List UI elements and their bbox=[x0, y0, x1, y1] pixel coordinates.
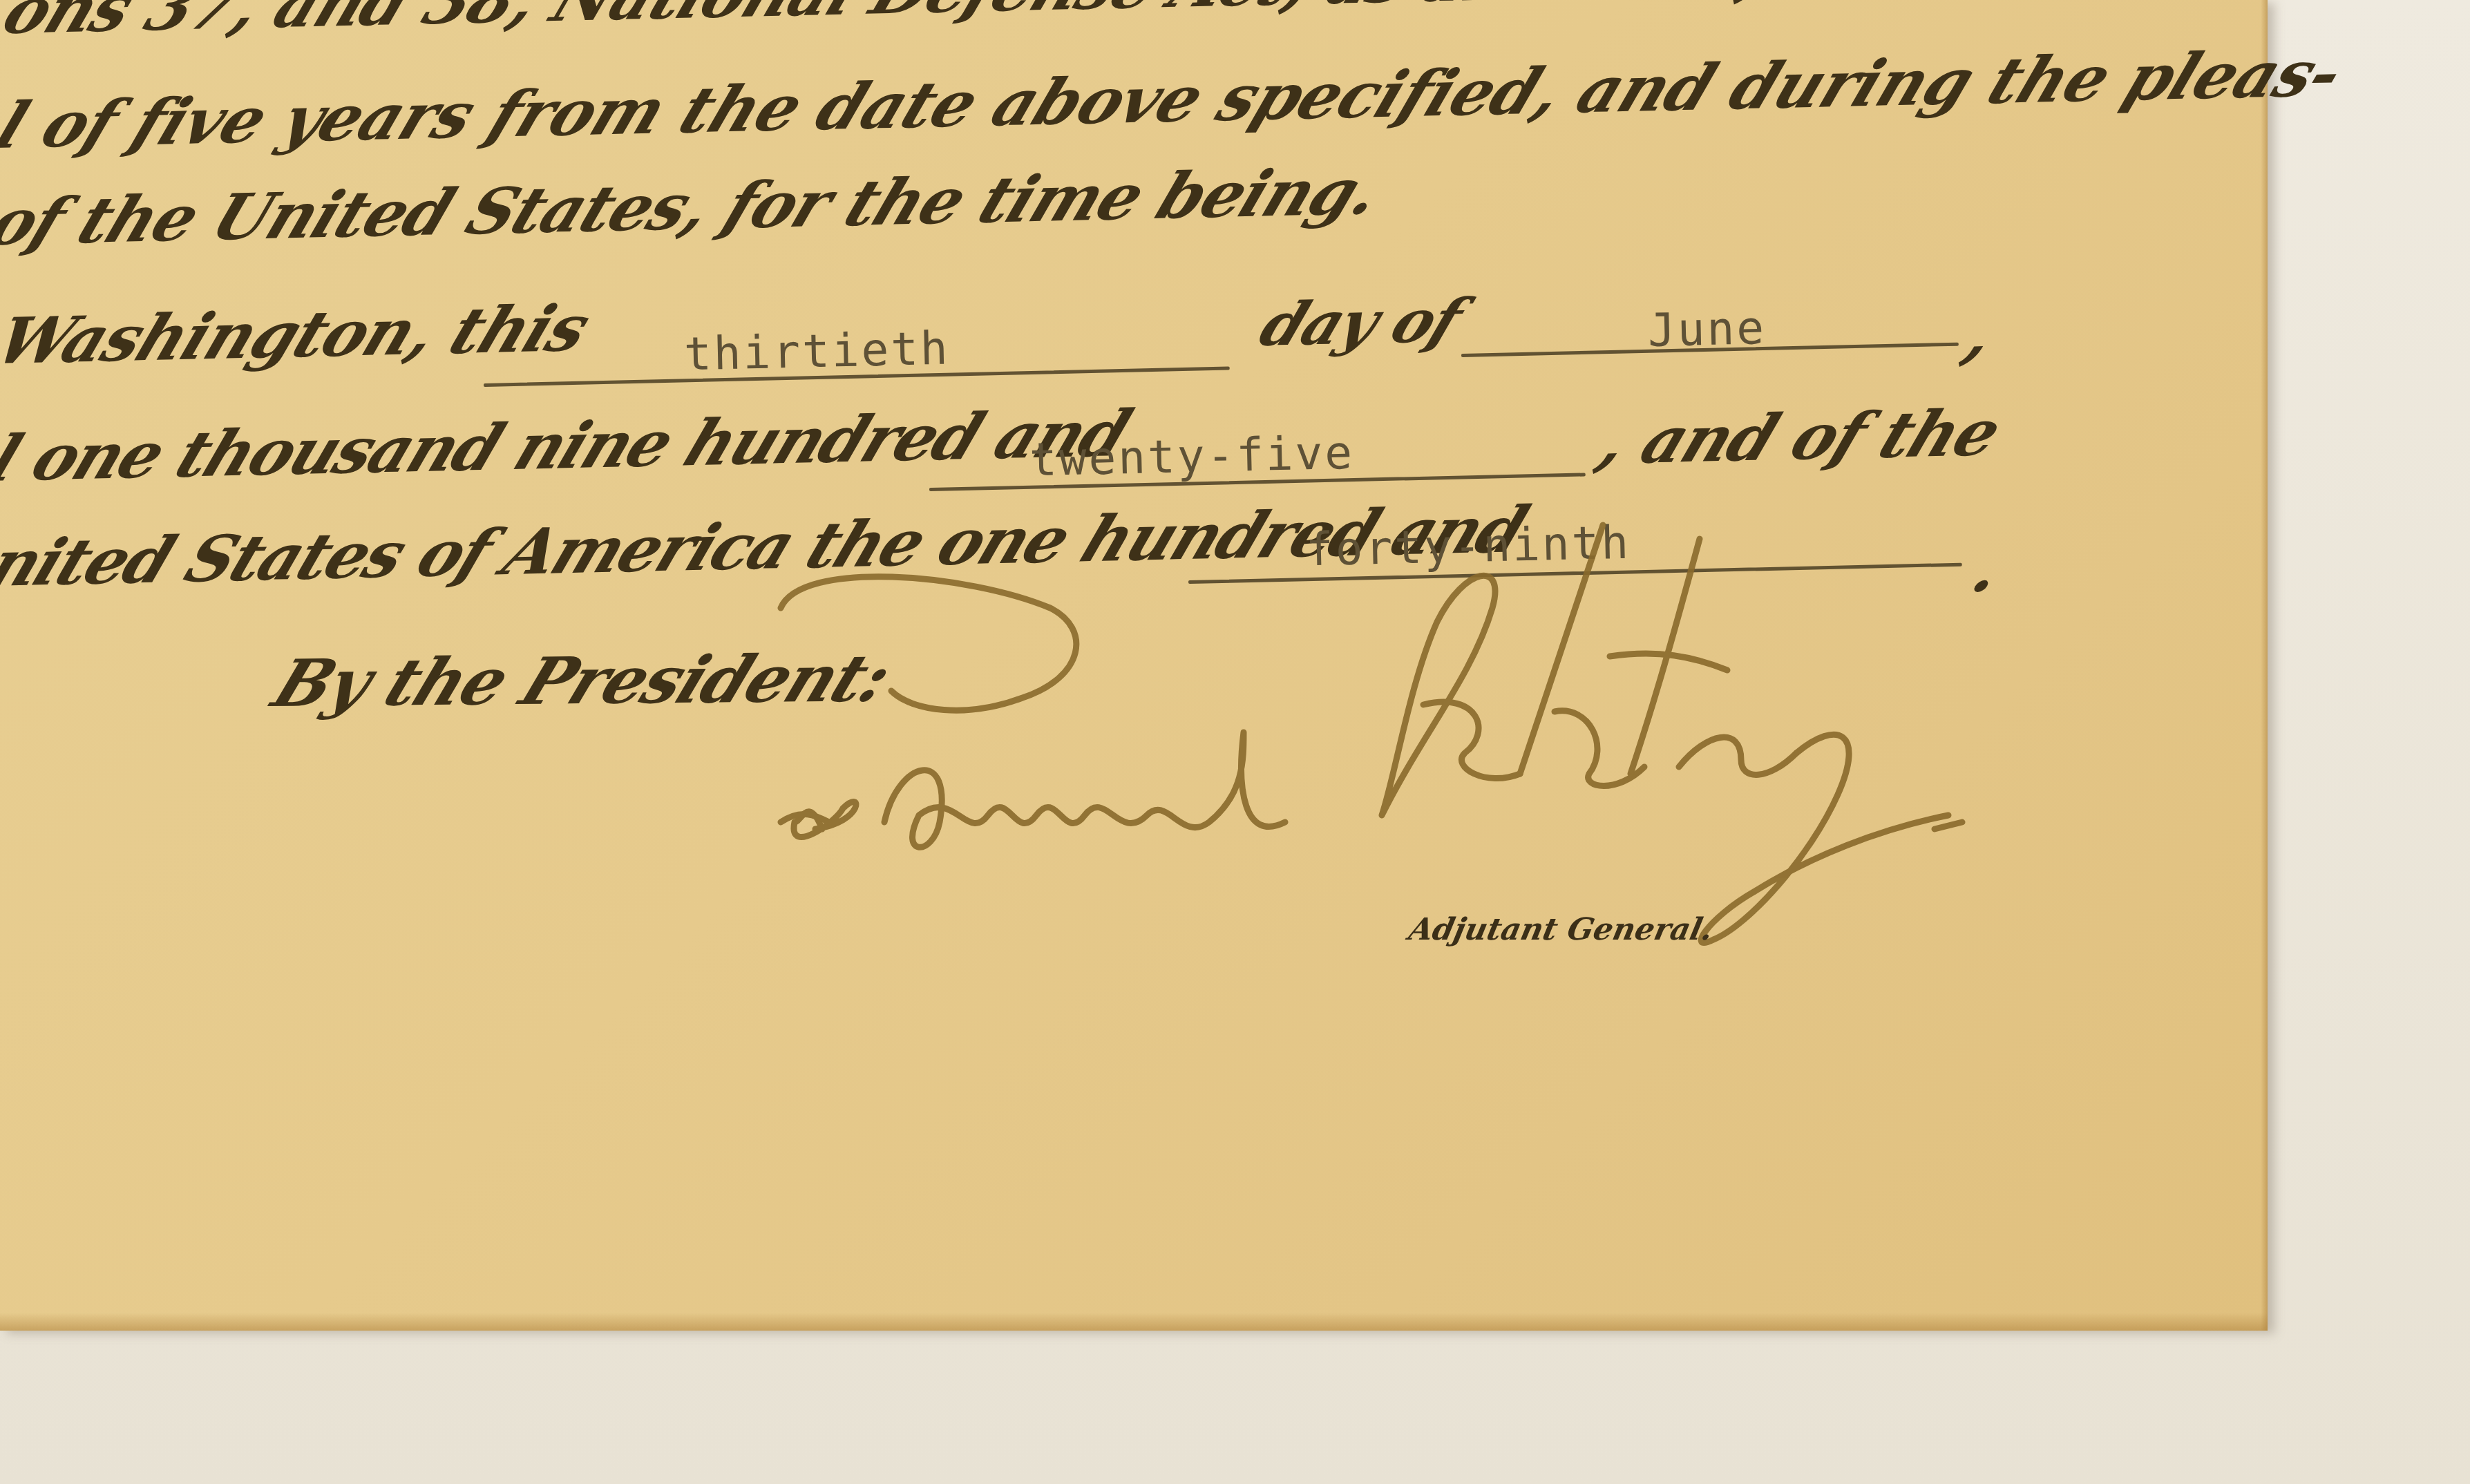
document-paper: ons 37, and 38, National Defense Act, as… bbox=[0, 0, 2268, 1331]
date-line-1-mid: day of bbox=[1251, 286, 1471, 360]
date-line-2-prefix: l one thousand nine hundred and bbox=[0, 396, 1139, 496]
year-field: twenty-five bbox=[1029, 426, 1355, 487]
month-field: June bbox=[1647, 301, 1767, 357]
date-line-1-suffix: , bbox=[1955, 296, 2004, 372]
date-line-2-suffix: , and of the bbox=[1589, 395, 2011, 479]
body-text-line-1: ons 37, and 38, National Defense Act, as… bbox=[0, 0, 1929, 48]
body-text-line-3: of the United States, for the time being… bbox=[0, 154, 1390, 260]
date-line-1-prefix: Washington, this bbox=[0, 291, 599, 379]
signer-title-label: Adjutant General. bbox=[1406, 912, 1716, 947]
body-text-line-2: l of five years from the date above spec… bbox=[0, 36, 2353, 163]
day-field: thirtieth bbox=[683, 322, 950, 381]
